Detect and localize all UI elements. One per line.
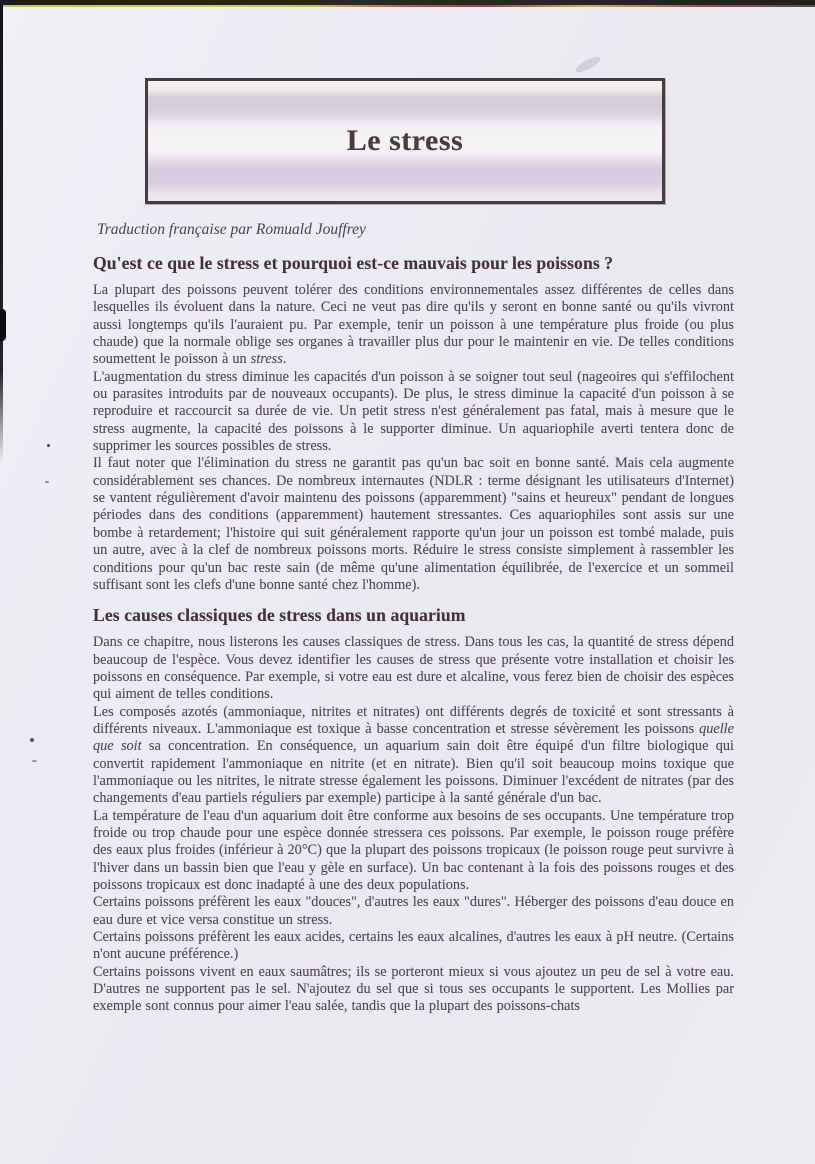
scan-speck [47, 444, 50, 447]
scan-edge-blob [0, 309, 6, 341]
section-heading: Qu'est ce que le stress et pourquoi est-… [93, 253, 734, 274]
translation-credit: Traduction française par Romuald Jouffre… [97, 221, 366, 239]
paragraph: Certains poissons préfèrent les eaux aci… [93, 929, 734, 964]
paragraph: Dans ce chapitre, nous listerons les cau… [93, 634, 734, 703]
section-heading: Les causes classiques de stress dans un … [93, 605, 734, 626]
scan-color-line [0, 5, 815, 7]
scanned-page: Le stress Traduction française par Romua… [0, 0, 815, 1164]
paragraph: Il faut noter que l'élimination du stres… [93, 455, 734, 594]
paragraph: Certains poissons préfèrent les eaux "do… [93, 894, 734, 929]
sections: Qu'est ce que le stress et pourquoi est-… [93, 253, 734, 1016]
scan-speck [30, 738, 34, 742]
paragraph: La température de l'eau d'un aquarium do… [93, 808, 734, 895]
paragraph: L'augmentation du stress diminue les cap… [93, 369, 734, 456]
scan-smudge [574, 54, 603, 75]
scan-edge-left [0, 5, 3, 463]
title-box: Le stress [145, 78, 665, 204]
scan-speck [32, 760, 37, 762]
scan-speck [45, 481, 49, 483]
page-title: Le stress [347, 124, 463, 158]
paragraph: Certains poissons vivent en eaux saumâtr… [93, 964, 734, 1016]
paragraph: La plupart des poissons peuvent tolérer … [93, 282, 734, 369]
paragraph: Les composés azotés (ammoniaque, nitrite… [93, 704, 734, 808]
